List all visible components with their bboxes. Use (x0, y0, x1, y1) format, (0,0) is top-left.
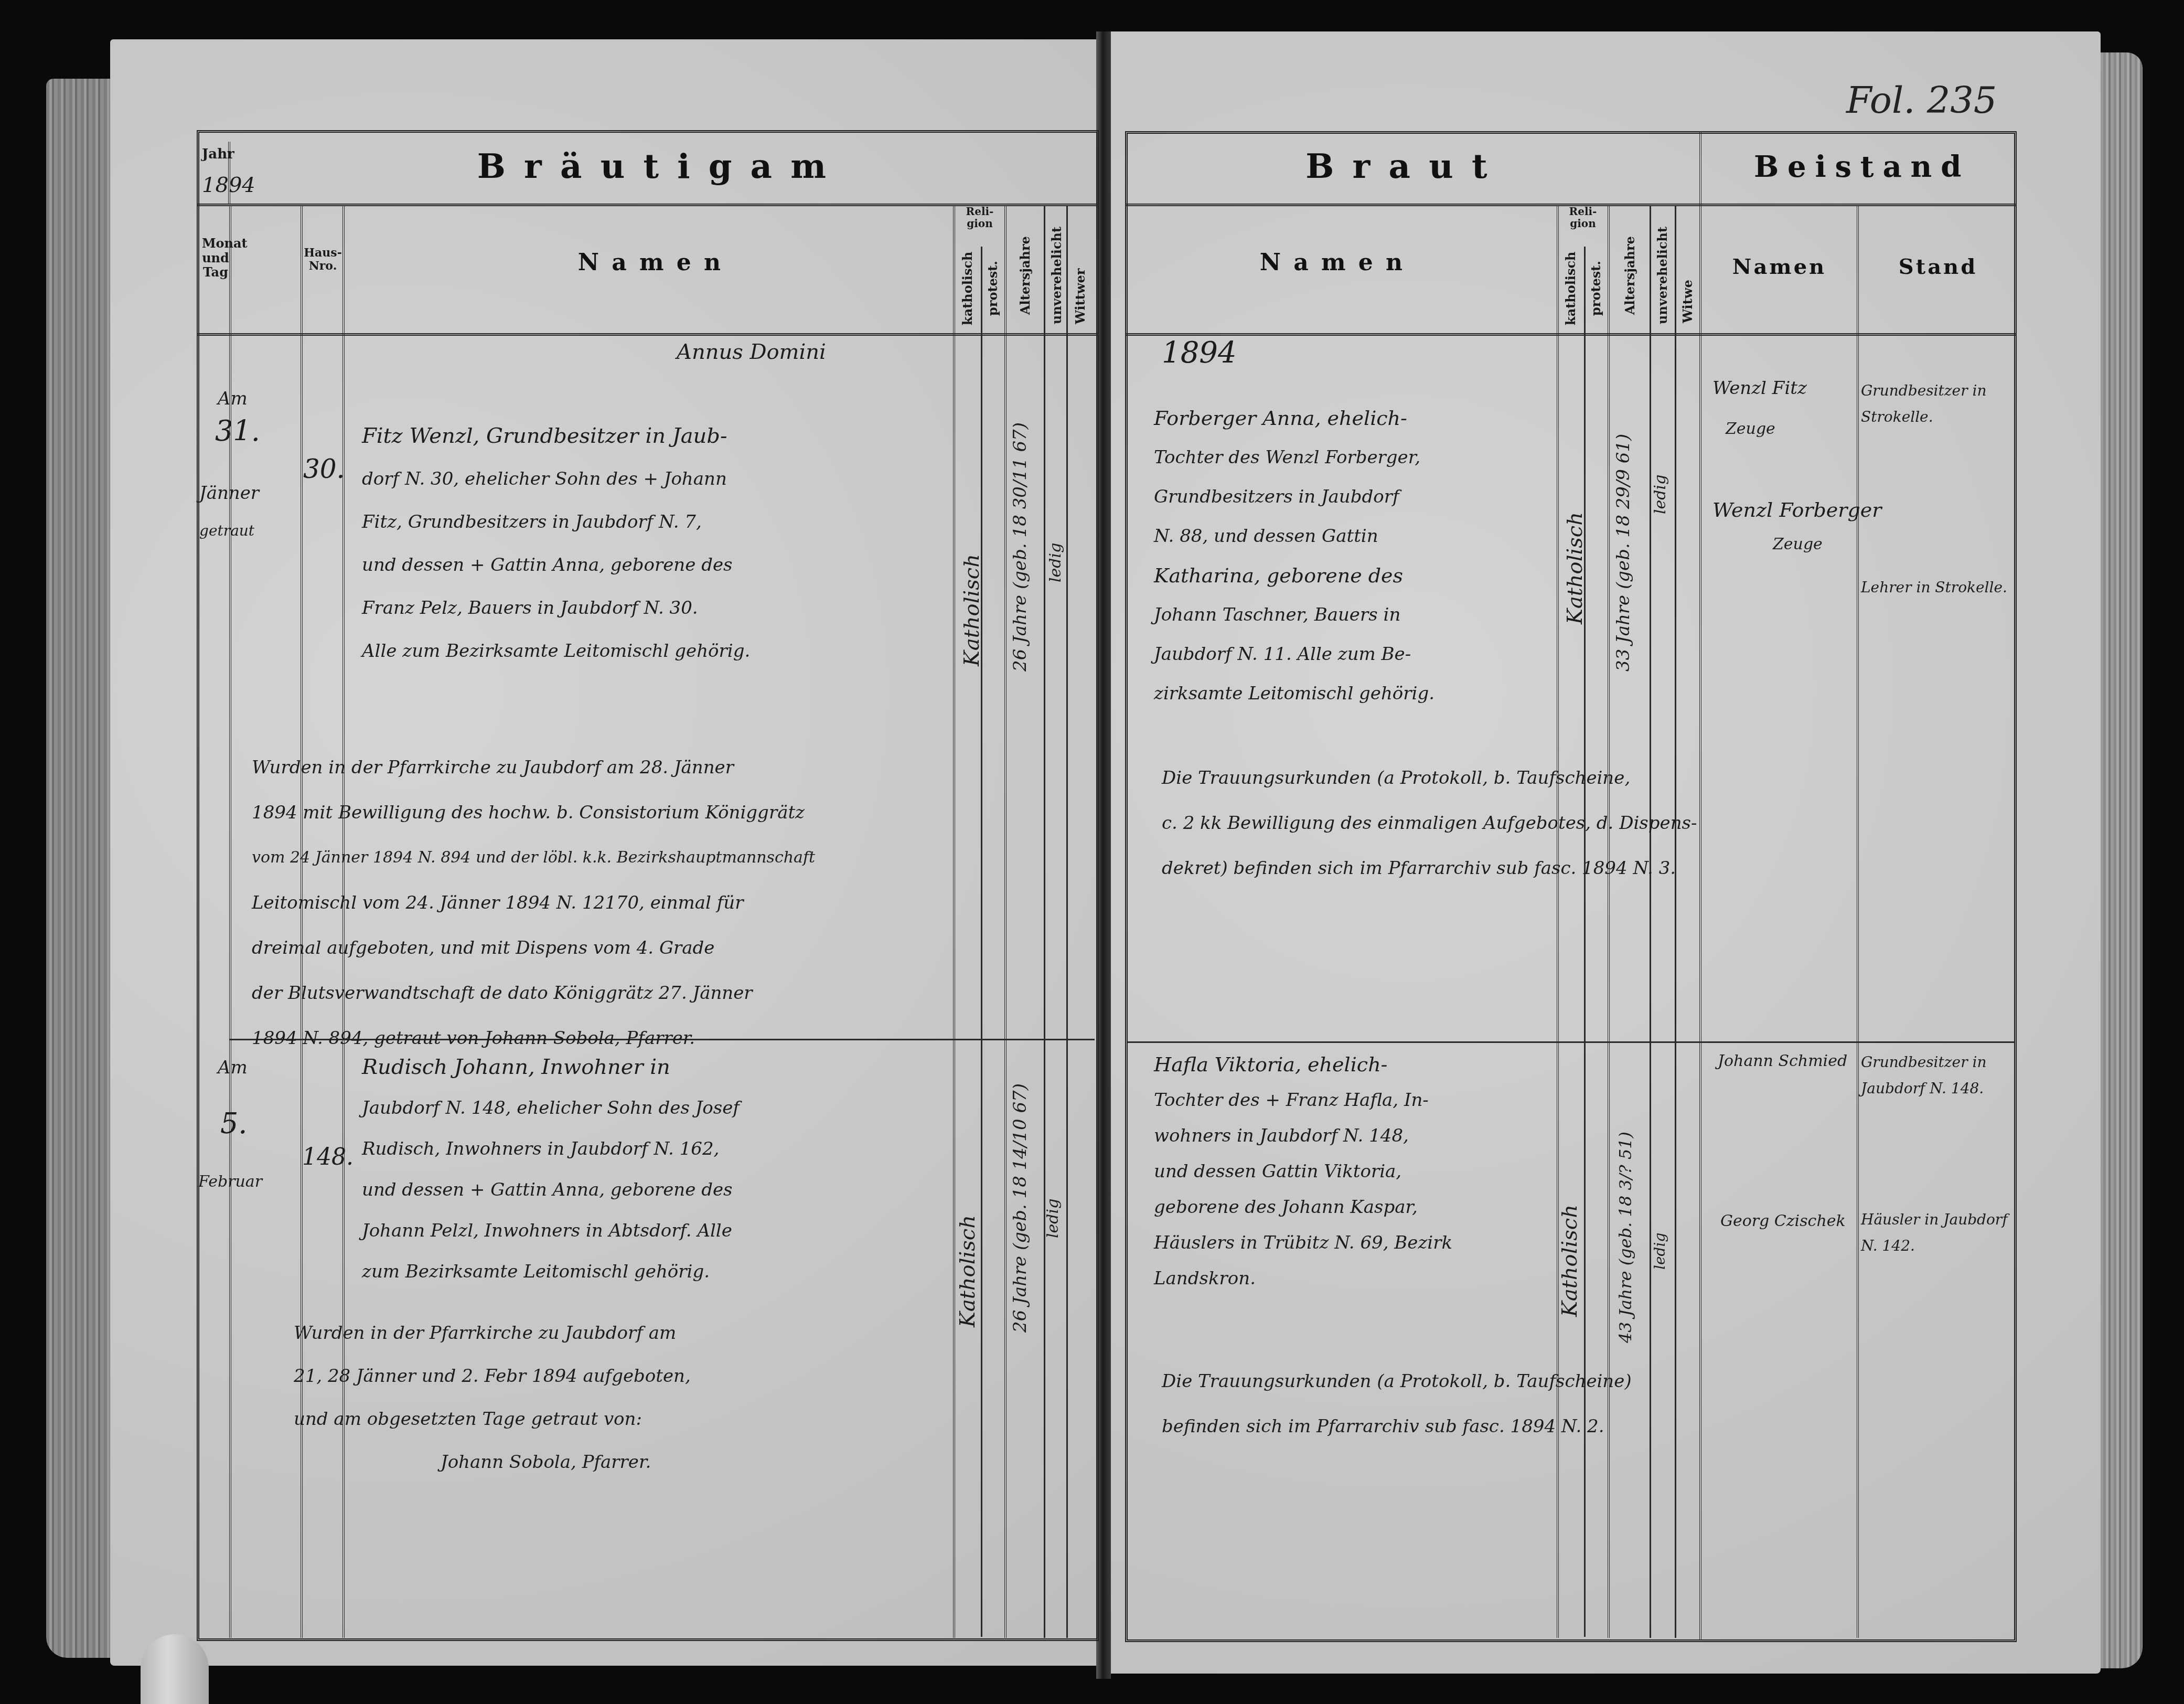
entry2-bride-details: Hafla Viktoria, ehelich- Tochter des + F… (1154, 1047, 1553, 1296)
entry2-bride-religion: Katholisch (1558, 1128, 1582, 1317)
wooden-bookmark (141, 1634, 209, 1704)
entry1-witness2-name: Wenzl Forberger (1712, 498, 1881, 521)
book-page-edges-left (46, 79, 114, 1658)
entry2-bride-age: 43 Jahre (geb. 18 3/? 51) (1615, 1081, 1635, 1343)
remark-line: 1894 mit Bewilligung des hochw. b. Consi… (252, 790, 955, 835)
witness-status-label: Stand (1862, 254, 2014, 279)
entry2-date-prefix: Am (218, 1057, 248, 1078)
remark-line: und am obgesetzten Tage getraut von: (294, 1398, 955, 1441)
entry1-bride-line: Grundbesitzers in Jaubdorf (1154, 477, 1553, 517)
entry1-groom-line: Franz Pelz, Bauers in Jaubdorf N. 30. (362, 587, 949, 630)
entry2-groom-remarks: Wurden in der Pfarrkirche zu Jaubdorf am… (294, 1312, 955, 1484)
entry1-groom-line: dorf N. 30, ehelicher Sohn des + Johann (362, 457, 949, 500)
remark-line: Die Trauungsurkunden (a Protokoll, b. Ta… (1162, 755, 2022, 801)
entry2-groom-status: ledig (1044, 1159, 1062, 1238)
remark-line: dreimal aufgeboten, und mit Dispens vom … (252, 925, 955, 971)
age-label: Altersjahre (1018, 220, 1033, 331)
entry1-note: getraut (199, 522, 254, 539)
bride-year-annotation: 1894 (1162, 336, 1237, 370)
entry2-groom-age: 26 Jahre (geb. 18 14/10 67) (1010, 1039, 1031, 1333)
entry1-month: Jänner (199, 483, 259, 504)
entry2-bride-line: und dessen Gattin Viktoria, (1154, 1154, 1553, 1189)
entry1-bride-details: Forberger Anna, ehelich- Tochter des Wen… (1154, 399, 1553, 713)
entry1-house-no: 30. (303, 454, 345, 484)
year-value: 1894 (202, 173, 255, 197)
remark-line: c. 2 kk Bewilligung des einmaligen Aufge… (1162, 801, 2022, 846)
entry1-bride-line: Johann Taschner, Bauers in (1154, 595, 1553, 635)
remark-line: Wurden in der Pfarrkirche zu Jaubdorf am (294, 1312, 955, 1355)
entry2-bride-line: wohners in Jaubdorf N. 148, (1154, 1118, 1553, 1154)
entry1-bride-line: zirksamte Leitomischl gehörig. (1154, 674, 1553, 713)
entry2-bride-line: Tochter des + Franz Hafla, In- (1154, 1082, 1553, 1118)
entry1-bride-line: Jaubdorf N. 11. Alle zum Be- (1154, 635, 1553, 674)
entry1-witness1-role: Zeuge (1726, 420, 1775, 438)
bride-name-label: Namen (1206, 249, 1469, 276)
entry1-witness1-name: Wenzl Fitz (1712, 378, 1807, 399)
remark-line: Johann Sobola, Pfarrer. (294, 1441, 955, 1484)
entry1-groom-line: Alle zum Bezirksamte Leitomischl gehörig… (362, 630, 949, 673)
protest-col-line (981, 247, 982, 1637)
remark-line: 21, 28 Jänner und 2. Febr 1894 aufgebote… (294, 1355, 955, 1398)
bride-protestant-label: protest. (1588, 247, 1603, 331)
entry2-groom-line: Rudisch Johann, Inwohner in (362, 1047, 949, 1088)
widower-col-line (1066, 206, 1068, 1638)
entry1-bride-line: N. 88, und dessen Gattin (1154, 517, 1553, 556)
entry1-day: 31. (215, 414, 260, 448)
entry2-bride-line: geborene des Johann Kaspar, (1154, 1189, 1553, 1225)
religion-label: Reli-gion (956, 206, 1004, 230)
entry1-bride-line: Forberger Anna, ehelich- (1154, 399, 1553, 438)
entry2-bride-status: ledig (1651, 1207, 1668, 1270)
bride-unmarried-label: unverehelicht (1655, 220, 1670, 331)
month-day-label: Monat und Tag (202, 236, 229, 280)
entry1-groom-religion: Katholisch (960, 462, 984, 666)
entry2-bride-line: Landskron. (1154, 1261, 1553, 1296)
folio-number: Fol. 235 (1846, 79, 1997, 122)
groom-name-label: Namen (472, 249, 839, 276)
entry2-house-no: 148. (302, 1144, 354, 1170)
entry2-day: 5. (220, 1107, 248, 1140)
entry1-groom-age: 26 Jahre (geb. 18 30/11 67) (1010, 378, 1031, 672)
entry1-bride-remarks: Die Trauungsurkunden (a Protokoll, b. Ta… (1162, 755, 2022, 891)
unmarried-label: unverehelicht (1049, 220, 1064, 331)
entry2-bride-line: Hafla Viktoria, ehelich- (1154, 1047, 1553, 1082)
entry1-witness1-status: Grundbesitzer in Strokelle. (1861, 378, 2013, 430)
entry2-groom-line: Johann Pelzl, Inwohners in Abtsdorf. All… (362, 1210, 949, 1251)
entry2-witness1-name: Johann Schmied (1718, 1049, 1849, 1073)
catholic-label: katholisch (960, 247, 975, 331)
entry1-groom-line: Fitz Wenzl, Grundbesitzer in Jaub- (362, 414, 949, 457)
remark-line: befinden sich im Pfarrarchiv sub fasc. 1… (1162, 1404, 2022, 1449)
entry2-groom-line: zum Bezirksamte Leitomischl gehörig. (362, 1251, 949, 1292)
remark-line: Die Trauungsurkunden (a Protokoll, b. Ta… (1162, 1359, 2022, 1404)
entry2-witness2-name: Georg Czischek (1720, 1212, 1846, 1230)
remark-line: vom 24 Jänner 1894 N. 894 und der löbl. … (252, 835, 955, 880)
bride-catholic-label: katholisch (1563, 247, 1578, 331)
entry2-groom-line: Jaubdorf N. 148, ehelicher Sohn des Jose… (362, 1088, 949, 1128)
entry1-witness2-status: Lehrer in Strokelle. (1861, 572, 2013, 603)
remark-line: Leitomischl vom 24. Jänner 1894 N. 12170… (252, 880, 955, 925)
entry2-month: Februar (198, 1173, 262, 1191)
entry2-groom-religion: Katholisch (956, 1117, 980, 1327)
entry2-groom-line: und dessen + Gattin Anna, geborene des (362, 1169, 949, 1210)
entry2-bride-remarks: Die Trauungsurkunden (a Protokoll, b. Ta… (1162, 1359, 2022, 1449)
subheader-divider (197, 333, 1099, 336)
bride-age-label: Altersjahre (1622, 220, 1637, 331)
entry1-witness2-role: Zeuge (1773, 535, 1823, 553)
entry1-groom-status: ledig (1046, 498, 1065, 582)
entry2-bride-line: Häuslers in Trübitz N. 69, Bezirk (1154, 1225, 1553, 1261)
annus-domini: Annus Domini (677, 340, 826, 364)
entry1-groom-remarks: Wurden in der Pfarrkirche zu Jaubdorf am… (252, 745, 955, 1061)
entry2-witness2-status: Häusler in Jaubdorf N. 142. (1861, 1207, 2013, 1259)
entry1-bride-religion: Katholisch (1563, 446, 1587, 624)
entry1-bride-line: Katharina, geborene des (1154, 556, 1553, 595)
entry1-bride-age: 33 Jahre (geb. 18 29/9 61) (1613, 378, 1634, 672)
year-label: Jahr (202, 147, 228, 163)
entry2-witness1-status: Grundbesitzer in Jaubdorf N. 148. (1861, 1049, 2013, 1102)
entry1-bride-status: ledig (1651, 430, 1669, 514)
entry1-bride-line: Tochter des Wenzl Forberger, (1154, 438, 1553, 477)
protestant-label: protest. (985, 247, 1000, 331)
house-no-label: Haus-Nro. (303, 247, 342, 273)
subheader-divider-right (1125, 333, 2017, 336)
bride-title: Braut (1248, 147, 1563, 186)
entry-divider-right (1128, 1041, 2014, 1043)
widower-label: Wittwer (1073, 262, 1088, 331)
groom-title: Bräutigam (399, 147, 923, 186)
entry1-groom-line: und dessen + Gattin Anna, geborene des (362, 544, 949, 587)
remark-line: dekret) befinden sich im Pfarrarchiv sub… (1162, 846, 2022, 891)
bride-religion-label: Reli-gion (1559, 206, 1607, 230)
remark-line: der Blutsverwandtschaft de dato Königgrä… (252, 971, 955, 1016)
entry2-groom-details: Rudisch Johann, Inwohner in Jaubdorf N. … (362, 1047, 949, 1292)
entry2-groom-line: Rudisch, Inwohners in Jaubdorf N. 162, (362, 1128, 949, 1169)
witness-name-label: Namen (1705, 254, 1854, 279)
entry1-groom-line: Fitz, Grundbesitzers in Jaubdorf N. 7, (362, 500, 949, 544)
unmarried-col-line (1044, 206, 1045, 1638)
witness-title: Beistand (1720, 150, 2004, 184)
age-col-line (1004, 206, 1007, 1638)
remark-line: Wurden in der Pfarrkirche zu Jaubdorf am… (252, 745, 955, 790)
entry1-groom-details: Fitz Wenzl, Grundbesitzer in Jaub- dorf … (362, 414, 949, 673)
entry1-date-prefix: Am (218, 388, 248, 409)
widow-label: Witwe (1680, 273, 1695, 331)
